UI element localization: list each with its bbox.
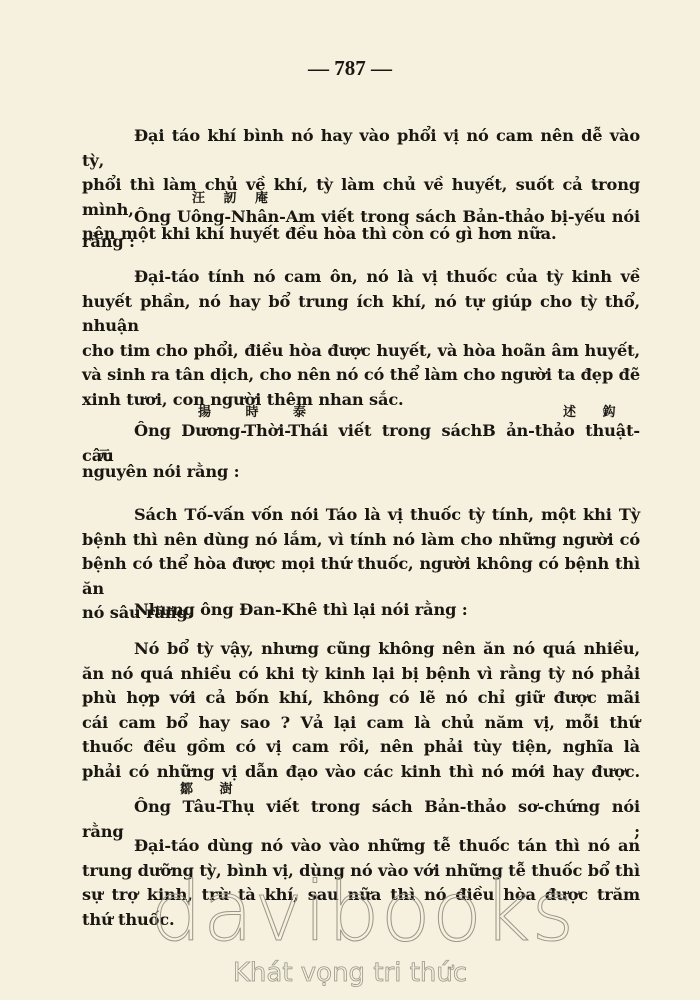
text-line: Nhưng ông Đan-Khê thì lại nói rằng : [82, 598, 640, 623]
text-line: thuốc đều gồm có vị cam rồi, nên phải tù… [82, 735, 640, 760]
paragraph-3: Đại-táo tính nó cam ôn, nó là vị thuốc c… [82, 265, 640, 412]
text-line: huyết phần, nó hay bổ trung ích khí, nó … [82, 290, 640, 339]
page-number: — 787 — [0, 56, 700, 81]
text-line: Đại táo khí bình nó hay vào phổi vị nó c… [82, 124, 640, 173]
text-line: Đại-táo tính nó cam ôn, nó là vị thuốc c… [82, 265, 640, 290]
watermark-brand: davibooks [150, 872, 550, 954]
paragraph-7: Nó bổ tỳ vậy, nhưng cũng không nên ăn nó… [82, 637, 640, 784]
text-line: Sách Tố-vấn vốn nói Táo là vị thuốc tỳ t… [82, 503, 640, 528]
stray-mark [594, 186, 597, 189]
text-line: phải có những vị dẫn đạo vào các kinh th… [82, 760, 640, 785]
text-line: cái cam bổ hay sao ? Vả lại cam là chủ n… [82, 711, 640, 736]
text-line: và sinh ra tân dịch, cho nên nó có thể l… [82, 363, 640, 388]
text-line: Đại-táo dùng nó vào vào những tễ thuốc t… [82, 834, 640, 859]
text-line: bệnh thì nên dùng nó lắm, vì tính nó làm… [82, 528, 640, 553]
watermark-slogan: Khát vọng tri thức [150, 958, 550, 988]
text-line: ăn nó quá nhiều có khi tỳ kinh lại bị bệ… [82, 662, 640, 687]
text-line: Ông Uông-Nhân-Am viết trong sách Bản-thả… [82, 205, 640, 230]
book-page: — 787 — Đại táo khí bình nó hay vào phổi… [0, 0, 700, 1000]
text-line: xinh tươi, con người thêm nhan sắc. [82, 388, 640, 413]
text-line: Nó bổ tỳ vậy, nhưng cũng không nên ăn nó… [82, 637, 640, 662]
paragraph-4-cont: nguyên nói rằng : [82, 460, 640, 485]
paragraph-2: Ông Uông-Nhân-Am viết trong sách Bản-thả… [82, 205, 640, 254]
text-line: nguyên nói rằng : [82, 460, 640, 485]
text-line: bệnh có thể hòa được mọi thứ thuốc, ngườ… [82, 552, 640, 601]
chinese-title-annotation: 述 鈎 [563, 401, 616, 420]
text-line: rằng : [82, 230, 640, 255]
chinese-name-annotation: 揚 時 泰 [198, 401, 306, 420]
text-line: phù hợp với cả bốn khí, không có lẽ nó c… [82, 686, 640, 711]
paragraph-6: Nhưng ông Đan-Khê thì lại nói rằng : [82, 598, 640, 623]
text-line: cho tim cho phổi, điều hòa được huyết, v… [82, 339, 640, 364]
chinese-name-annotation: 汪 訒 庵 [192, 187, 268, 206]
